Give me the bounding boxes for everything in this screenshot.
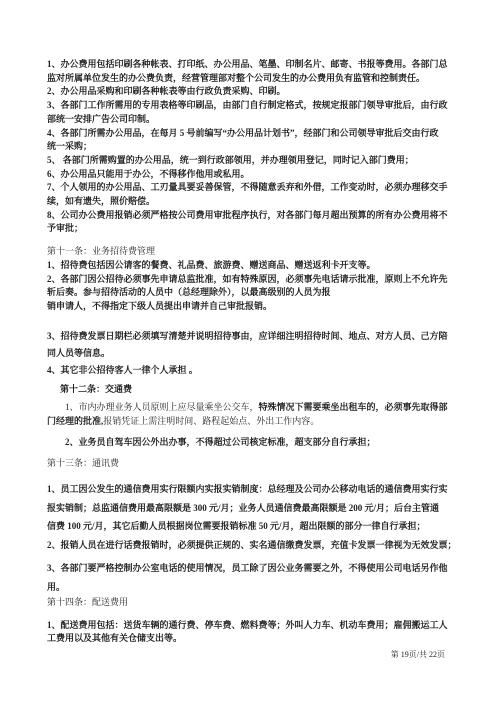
doc-line: 7、个人领用的办公用品、工刃量具要妥善保管，不得随意丢弃和外借，工作变动时，必须…	[47, 181, 445, 195]
doc-line: 予审批；	[47, 222, 445, 236]
doc-line: 1、招待费包括因公请客的餐费、礼品费、旅游费、赠送商品、赠送返利卡开支等。	[47, 259, 445, 273]
doc-line: 门经理的批准,报销凭证上需注明时间、路程起始点、外出工作内容。	[47, 415, 445, 429]
doc-line: 2、办公用品采购和印刷各种帐表等由行政负责采购、印刷。	[47, 85, 445, 99]
doc-line: 2、业务员自驾车因公外出办事，不得超过公司核定标准，超支部分自行承担；	[65, 436, 445, 450]
doc-line: 3、招待费发票日期栏必须填写清楚并说明招待事由，应详细注明招待时间、地点、对方人…	[47, 328, 445, 345]
doc-line: 1、员工因公发生的通信费用实行限额内实报实销制度：总经理及公司办公移动电话的通信…	[47, 480, 445, 499]
section-heading-entertainment: 第十一条：业务招待费管理	[47, 245, 445, 259]
doc-line: 斩后奏。参与招待活动的人员中（总经理除外），以最高级别的人员为报	[47, 286, 445, 300]
text-run: 1、市内办理业务人员原则上应尽量乘坐公交车，	[65, 402, 259, 412]
doc-line: 用。	[47, 578, 445, 597]
doc-line: 销申请人，不得指定下级人员提出申请并自己审批报销。	[47, 300, 445, 314]
doc-line: 1、配送费用包括：送货车辆的通行费、停车费、燃料费等；外叫人力车、机动车费用；雇…	[47, 619, 445, 633]
doc-line: 4、其它非公招待客人一律个人承担 。	[47, 364, 445, 378]
doc-line: 1、办公费用包括印刷各种帐表、打印纸、办公用品、笔墨、印制名片、邮寄、书报等费用…	[47, 58, 445, 72]
doc-line: 同人员等信息。	[47, 345, 445, 362]
doc-line: 续，如有遗失，照价赔偿。	[47, 195, 445, 209]
doc-line: 8、公司办公费用报销必须严格按公司费用审批程序执行，对各部门每月超出预算的所有办…	[47, 209, 445, 223]
text-run-bold: 特殊情况下需要乘坐出租车的，必须事先取得部	[259, 402, 448, 412]
doc-line: 5、 各部门所需购置的办公用品，统一到行政部领用，并办理领用登记，同时记入部门费…	[47, 154, 445, 168]
page-number: 第 19页/共 22页	[47, 649, 445, 661]
doc-line: 报实销制；总监通信费用最高限额是 300 元/月；业务人员通信费最高限额是 20…	[47, 499, 445, 518]
document-content: 1、办公费用包括印刷各种帐表、打印纸、办公用品、笔墨、印制名片、邮寄、书报等费用…	[0, 0, 500, 661]
doc-line: 4、各部门所需办公用品，在每月 5 号前编写“办公用品计划书”，经部门和公司领导…	[47, 127, 445, 141]
doc-line: 3、各部门要严格控制办公室电话的使用情况，员工除了因公业务需要之外，不得使用公司…	[47, 559, 445, 578]
doc-line: 工费用以及其他有关仓储支出等。	[47, 632, 445, 646]
doc-line: 1、市内办理业务人员原则上应尽量乘坐公交车，特殊情况下需要乘坐出租车的，必须事先…	[65, 401, 445, 415]
section-heading-transport: 第十二条：交通费	[60, 383, 445, 397]
doc-line: 2、各部门因公招待必须事先申请总监批准，如有特殊原因，必须事先电话请示批准，原则…	[47, 273, 445, 287]
doc-line: 2、报销人员在进行话费报销时，必须提供正规的、实名通信缴费发票，充值卡发票一律视…	[47, 536, 445, 555]
doc-line: 监对所属单位发生的办公费负责，经营管理部对整个公司发生的办公费用负有监管和控制责…	[47, 72, 445, 86]
section-heading-delivery: 第十四条：配送费用	[47, 596, 445, 610]
doc-line: 3、各部门工作所需用的专用表格等印刷品，由部门自行制定格式，按规定报部门领导审批…	[47, 99, 445, 113]
text-run: 报销凭证上需注明时间、路程起始点、外出工作内容。	[103, 416, 319, 426]
doc-line: 6、办公用品只能用于办公，不得移作他用或私用。	[47, 168, 445, 182]
text-run-bold: 门经理的批准,	[47, 416, 103, 426]
doc-line: 部统一安排广告公司印制。	[47, 113, 445, 127]
document-page: 1、办公费用包括印刷各种帐表、打印纸、办公用品、笔墨、印制名片、邮寄、书报等费用…	[0, 0, 500, 707]
doc-line: 信费 100 元/月，其它后勤人员根据岗位需要报销标准 50 元/月，超出限额的…	[47, 517, 445, 536]
doc-line: 统一采购；	[47, 140, 445, 154]
section-heading-telecom: 第十三条：通讯费	[47, 457, 445, 471]
